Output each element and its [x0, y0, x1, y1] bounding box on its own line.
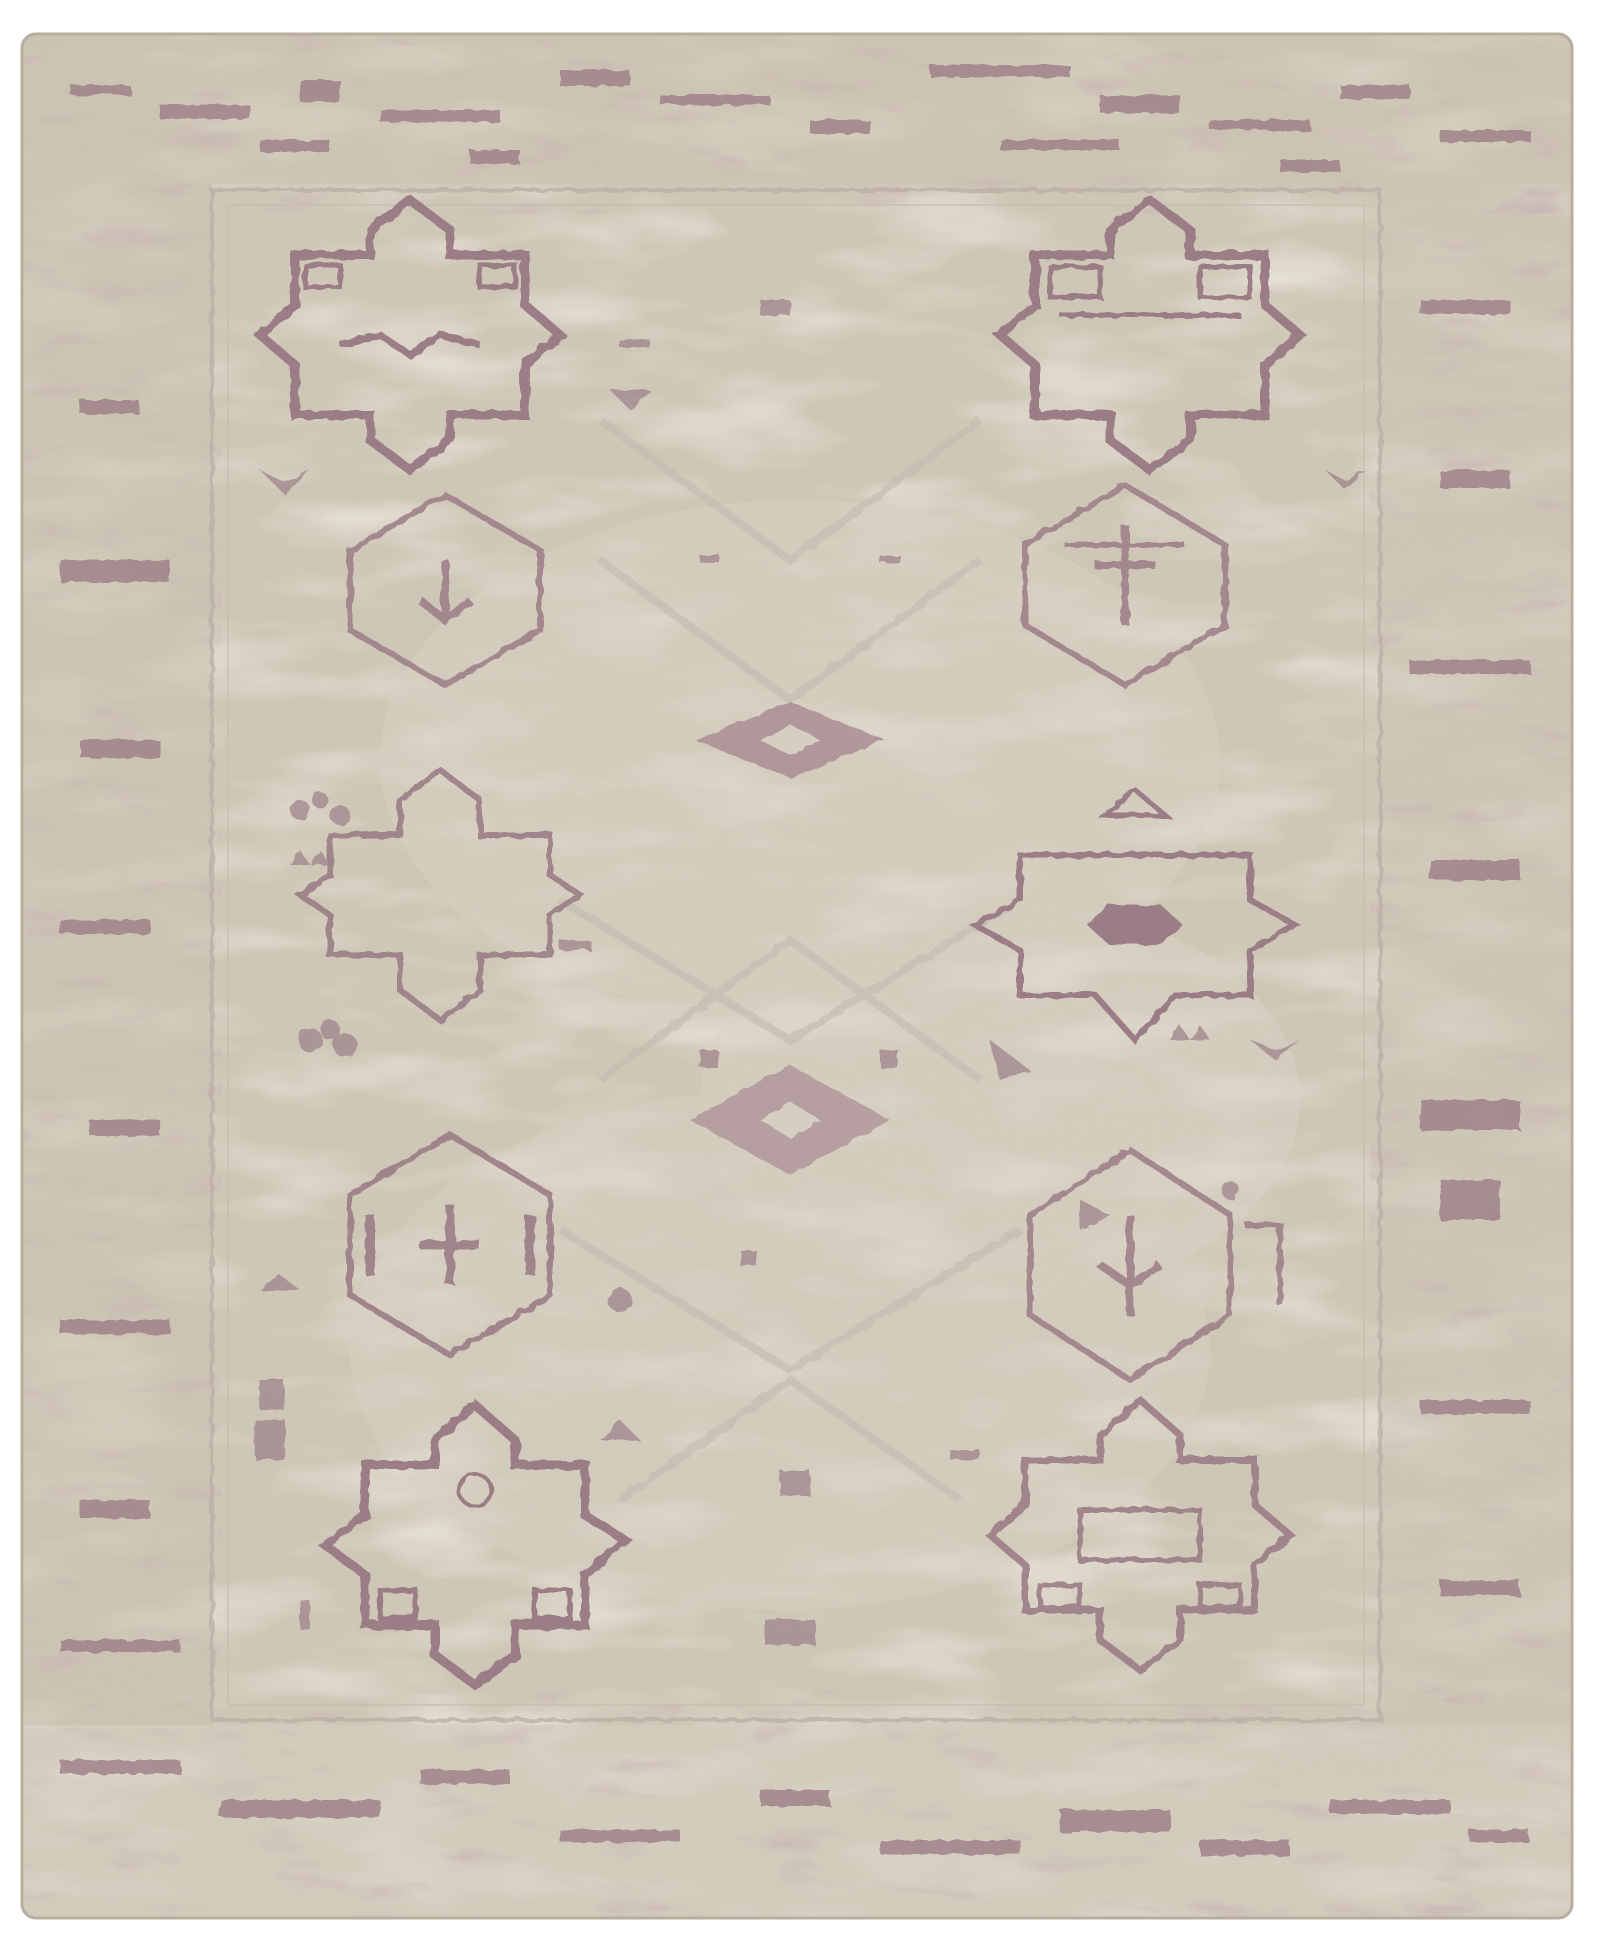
product-photo: Hand-knotted distressed Oushak-style are…	[0, 0, 1600, 1954]
rug	[0, 0, 1600, 1954]
